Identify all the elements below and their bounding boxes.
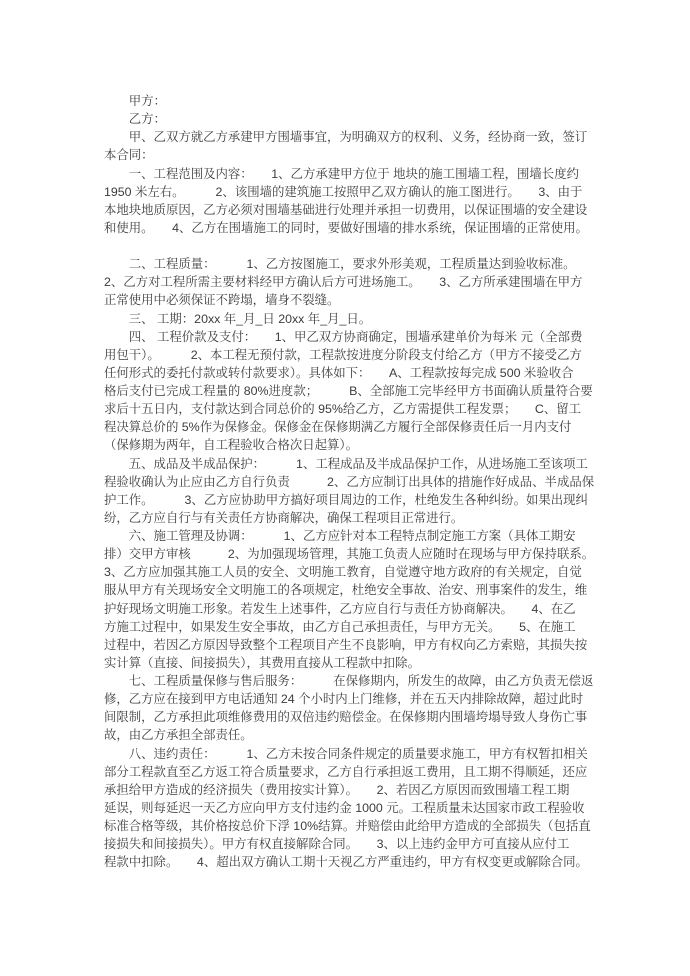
text-line: 2、乙方对工程所需主要材料经甲方确认后方可进场施工。 3、乙方所承建围墙在甲方 <box>104 273 624 291</box>
text-line: 部分工程款直至乙方返工符合质量要求，乙方自行承担返工费用，且工期不得顺延，还应 <box>104 763 624 781</box>
text-line: 实计算（直接、间接损失），其费用直接从工程款中扣除。 <box>104 654 624 672</box>
text-line: 服从甲方有关现场安全文明施工的各项规定，杜绝安全事故、治安、刑事案件的发生，维 <box>104 581 624 599</box>
text-line: 承担给甲方造成的经济损失（费用按实计算）。 2、若因乙方原因而致围墙工程工期 <box>104 781 624 799</box>
text-line: 修，乙方应在接到甲方电话通知 24 个小时内上门维修，并在五天内排除故障，超过此… <box>104 690 624 708</box>
text-line: 程决算总价的 5%作为保修金。保修金在保修期满乙方履行全部保修责任后一月内支付 <box>104 418 624 436</box>
text-line: 故，由乙方承担全部责任。 <box>104 726 624 744</box>
text-line: 间限制，乙方承担此项维修费用的双倍违约赔偿金。在保修期内围墙垮塌导致人身伤亡事 <box>104 708 624 726</box>
text-line: 六、施工管理及协调： 1、乙方应针对本工程特点制定施工方案（具体工期安 <box>104 527 624 545</box>
text-line: 护好现场文明施工形象。若发生上述事件，乙方应自行与责任方协商解决。 4、在乙 <box>104 600 624 618</box>
text-line: 四、 工程价款及支付： 1、甲乙双方协商确定，围墙承建单价为每米 元（全部费 <box>104 328 624 346</box>
text-line: 程款中扣除。 4、超出双方确认工期十天视乙方严重违约，甲方有权变更或解除合同。 <box>104 853 624 871</box>
text-line: 二、工程质量： 1、乙方按图施工，要求外形美观，工程质量达到验收标准。 <box>104 255 624 273</box>
text-line: 一、工程范围及内容： 1、乙方承建甲方位于 地块的施工围墙工程，围墙长度约 <box>104 165 624 183</box>
text-line: 三、 工期：20xx 年_月_日 20xx 年_月_日。 <box>104 310 624 328</box>
text-line: 正常使用中必须保证不跨塌，墙身不裂缝。 <box>104 291 624 309</box>
text-line: 3、乙方应加强其施工人员的安全、文明施工教育，自觉遵守地方政府的有关规定，自觉 <box>104 563 624 581</box>
text-line: 护工作。 3、乙方应协助甲方搞好项目周边的工作，杜绝发生各种纠纷。如果出现纠 <box>104 491 624 509</box>
text-line: 用包干）。 2、本工程无预付款，工程款按进度分阶段支付给乙方（甲方不接受乙方 <box>104 346 624 364</box>
text-line: 五、成品及半成品保护： 1、工程成品及半成品保护工作，从进场施工至该项工 <box>104 455 624 473</box>
text-line: （保修期为两年，自工程验收合格次日起算）。 <box>104 436 624 454</box>
text-line: 接损失和间接损失）。甲方有权直接解除合同。 3、以上违约金甲方可直接从应付工 <box>104 835 624 853</box>
text-line: 排）交甲方审核 2、为加强现场管理，其施工负责人应随时在现场与甲方保持联系。 <box>104 545 624 563</box>
text-line: 程验收确认为止应由乙方自行负责 2、乙方应制订出具体的措施作好成品、半成品保 <box>104 473 624 491</box>
text-line: 本地块地质原因，乙方必须对围墙基础进行处理并承担一切费用，以保证围墙的安全建设 <box>104 201 624 219</box>
text-line <box>104 237 624 255</box>
text-line: 和使用。 4、乙方在围墙施工的同时，要做好围墙的排水系统，保证围墙的正常使用。 <box>104 219 624 237</box>
document-page: 甲方： 乙方： 甲、乙双方就乙方承建甲方围墙事宜，为明确双方的权利、义务，经协商… <box>0 0 690 976</box>
text-line: 纷，乙方应自行与有关责任方协商解决，确保工程项目正常进行。 <box>104 509 624 527</box>
text-line: 方施工过程中，如果发生安全事故，由乙方自己承担责任，与甲方无关。 5、在施工 <box>104 618 624 636</box>
text-line: 格后支付已完成工程量的 80%进度款； B、全部施工完毕经甲方书面确认质量符合要 <box>104 382 624 400</box>
text-line: 甲、乙双方就乙方承建甲方围墙事宜，为明确双方的权利、义务，经协商一致，签订 <box>104 128 624 146</box>
text-line: 求后十五日内，支付款达到合同总价的 95%给乙方，乙方需提供工程发票； C、留工 <box>104 400 624 418</box>
text-line: 八、违约责任： 1、乙方未按合同条件规定的质量要求施工，甲方有权暂扣相关 <box>104 745 624 763</box>
text-line: 标准合格等级，其价格按总价下浮 10%结算。并赔偿由此给甲方造成的全部损失（包括… <box>104 817 624 835</box>
contract-body: 甲方： 乙方： 甲、乙双方就乙方承建甲方围墙事宜，为明确双方的权利、义务，经协商… <box>104 92 624 871</box>
text-line: 过程中，若因乙方原因导致整个工程项目产生不良影响，甲方有权向乙方索赔，其损失按 <box>104 636 624 654</box>
text-line: 本合同： <box>104 146 624 164</box>
text-line: 1950 米左右。 2、该围墙的建筑施工按照甲乙双方确认的施工图进行。 3、由于 <box>104 183 624 201</box>
text-line: 乙方： <box>104 110 624 128</box>
text-line: 七、工程质量保修与售后服务： 在保修期内，所发生的故障，由乙方负责无偿返 <box>104 672 624 690</box>
text-line: 甲方： <box>104 92 624 110</box>
text-line: 任何形式的委托付款或转付款要求）。具体如下： A、工程款按每完成 500 米验收… <box>104 364 624 382</box>
text-line: 延误，则每延迟一天乙方应向甲方支付违约金 1000 元。工程质量未达国家市政工程… <box>104 799 624 817</box>
